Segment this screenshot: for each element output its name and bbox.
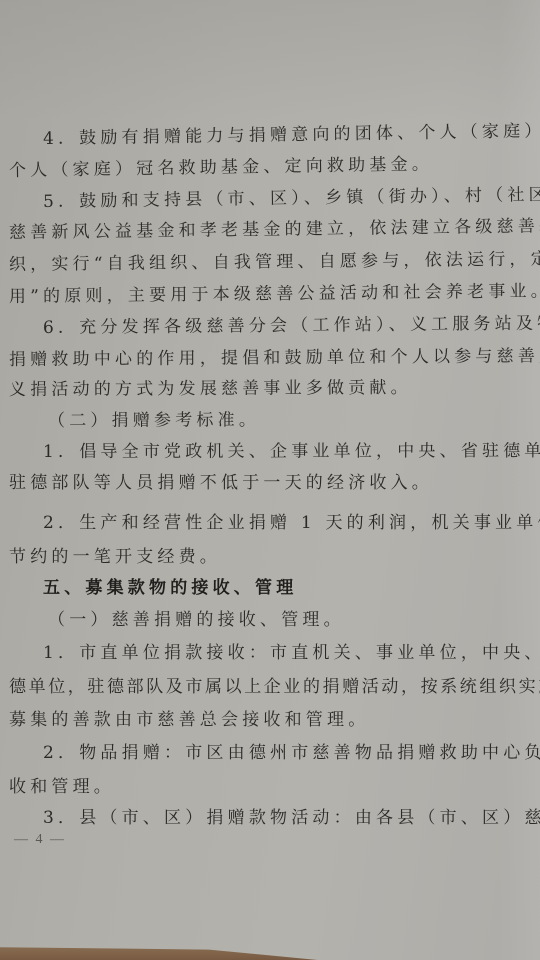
text-line: 1．市直单位捐款接收：市直机关、事业单位，中央、省驻	[43, 642, 540, 664]
text-line: 3．县（市、区）捐赠款物活动：由各县（市、区）慈善总	[43, 807, 540, 829]
text-line: 用”的原则，主要用于本级慈善公益活动和社会养老事业。	[9, 280, 540, 308]
text-line: 5．鼓励和支持县（市、区）、乡镇（街办）、村（社区）	[43, 184, 540, 213]
text-line: 2．物品捐赠：市区由德州市慈善物品捐赠救助中心负责接	[43, 742, 540, 764]
document-page: 4．鼓励有捐赠能力与捐赠意向的团体、个人（家庭）设立 个人（家庭）冠名救助基金、…	[0, 0, 540, 960]
text-line: 驻德部队等人员捐赠不低于一天的经济收入。	[9, 472, 433, 494]
text-line: 4．鼓励有捐赠能力与捐赠意向的团体、个人（家庭）设立	[43, 119, 540, 150]
text-line: 募集的善款由市慈善总会接收和管理。	[9, 709, 369, 731]
text-line: 节约的一笔开支经费。	[9, 546, 221, 568]
page-number: — 4 —	[14, 832, 66, 848]
text-line: 德单位，驻德部队及市属以上企业的捐赠活动，按系统组织实施，	[9, 676, 540, 698]
text-line: 捐赠救助中心的作用，提倡和鼓励单位和个人以参与慈善义工、	[9, 345, 540, 371]
text-line: 2．生产和经营性企业捐赠 1 天的利润，机关事业单位捐赠	[43, 512, 540, 534]
section-subheading: （二）捐赠参考标准。	[48, 409, 260, 432]
text-line: 6．充分发挥各级慈善分会（工作站）、义工服务站及物资	[43, 312, 540, 339]
text-line: 织，实行“自我组织、自我管理、自愿参与，依法运行，定向使	[9, 248, 540, 276]
text-line: 义捐活动的方式为发展慈善事业多做贡献。	[9, 377, 412, 401]
section-heading: 五、募集款物的接收、管理	[43, 577, 297, 599]
section-subheading: （一）慈善捐赠的接收、管理。	[48, 609, 345, 631]
text-line: 1．倡导全市党政机关、企事业单位，中央、省驻德单位，	[43, 440, 540, 463]
text-line: 个人（家庭）冠名救助基金、定向救助基金。	[9, 153, 433, 182]
paper-shadow	[0, 0, 540, 120]
text-line: 收和管理。	[9, 776, 115, 798]
text-line: 慈善新风公益基金和孝老基金的建立，依法建立各级慈善基金组	[9, 215, 540, 244]
wooden-table-edge	[0, 946, 380, 960]
